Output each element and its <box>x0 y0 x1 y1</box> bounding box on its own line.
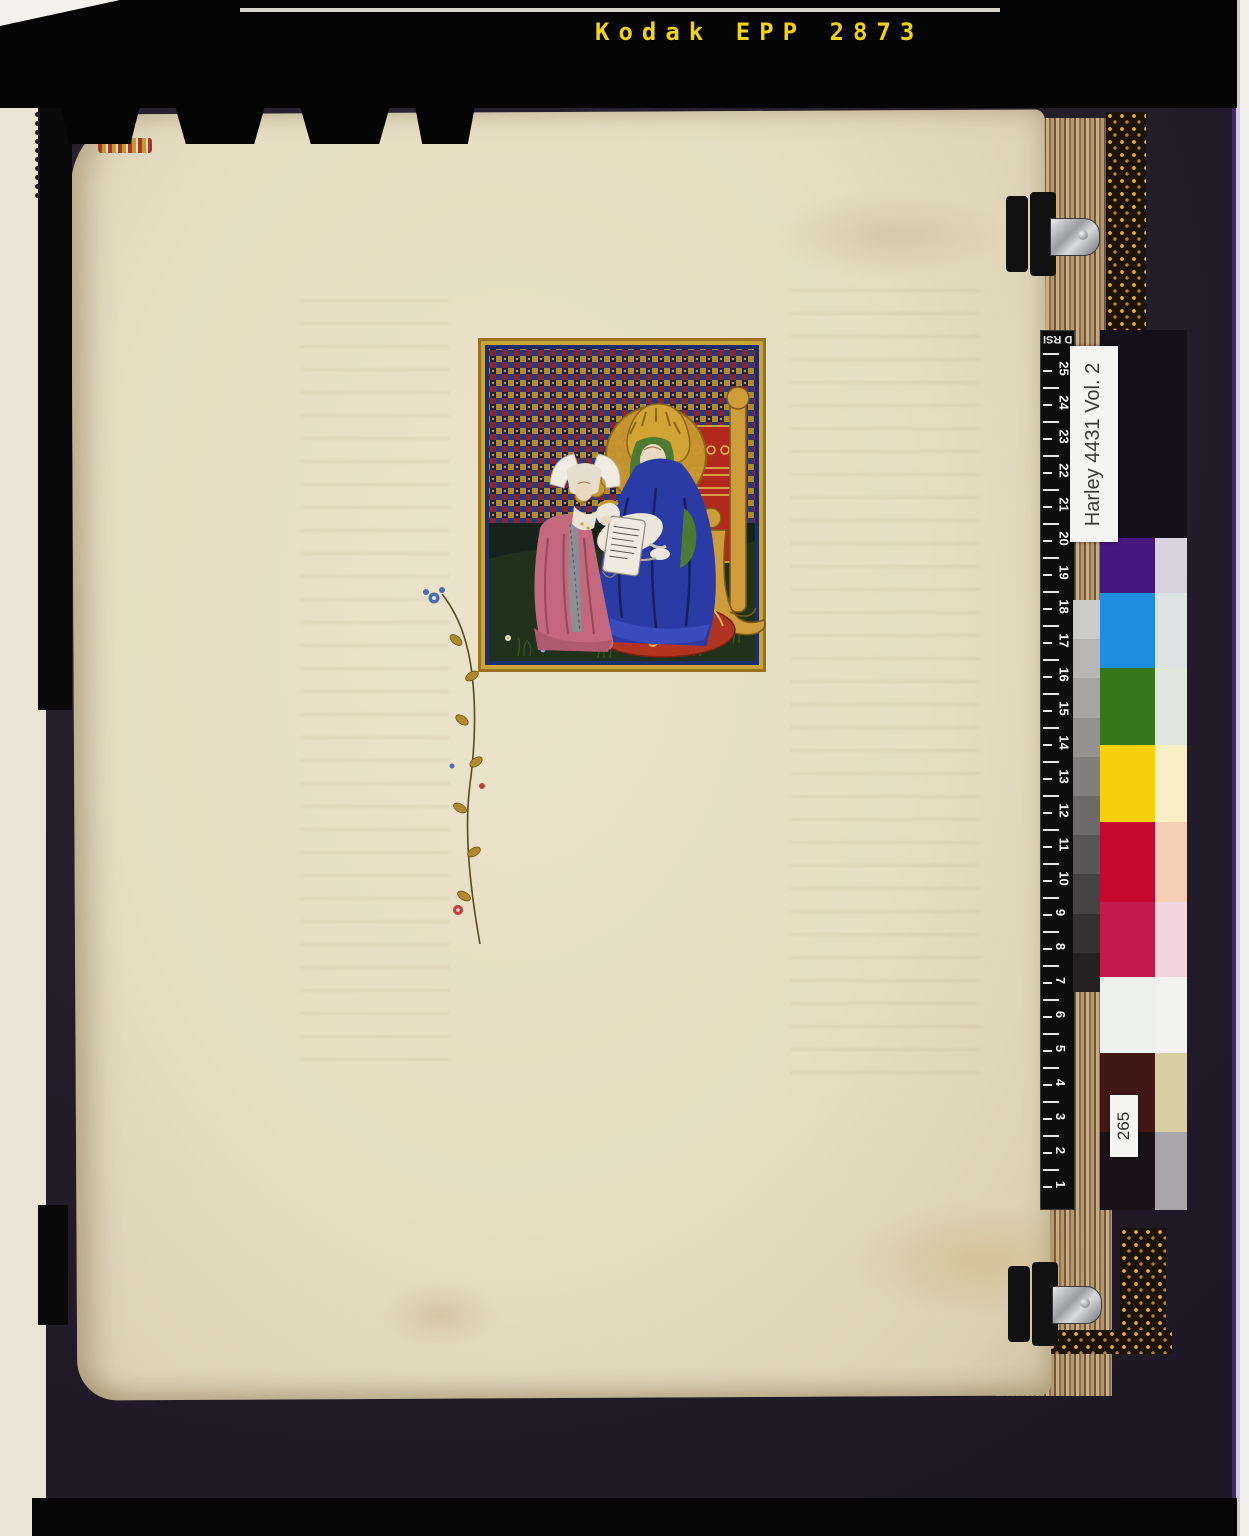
ruler-tick <box>1043 727 1059 729</box>
miniature-virgin-and-child-with-christine <box>478 338 766 672</box>
ruler-tick <box>1043 761 1059 763</box>
patch-saturated <box>1100 538 1155 593</box>
ruler-tick-minor <box>1043 710 1052 712</box>
ruler-tick-minor <box>1043 914 1052 916</box>
patch-saturated <box>1100 593 1155 668</box>
ruler-tick-minor <box>1043 404 1052 406</box>
ruler-tick-minor <box>1043 1084 1052 1086</box>
ruler-number: 15 <box>1057 701 1072 715</box>
grayscale-step <box>1073 639 1100 678</box>
film-top-highlight <box>240 8 1000 12</box>
patch-tint <box>1155 593 1187 668</box>
ruler-tick-minor <box>1043 1016 1052 1018</box>
ruler-tick-minor <box>1043 982 1052 984</box>
ruler-tick-minor <box>1043 676 1052 678</box>
patch-saturated <box>1100 745 1155 822</box>
ruler-tick <box>1043 693 1059 695</box>
ruler-tick-minor <box>1043 744 1052 746</box>
ruler-tick-minor <box>1043 1186 1052 1188</box>
film-notch <box>175 106 265 144</box>
grayscale-strip <box>1073 600 1100 992</box>
ruler-number: 4 <box>1053 1079 1068 1086</box>
ruler-tick <box>1043 897 1059 899</box>
patch-tint <box>1155 668 1187 745</box>
grayscale-step <box>1073 678 1100 717</box>
ruler-tick <box>1043 1033 1059 1035</box>
gilt-binding-edge-top <box>1106 112 1146 362</box>
patch-tint <box>1155 977 1187 1053</box>
film-notch <box>300 106 390 144</box>
sewing-holes <box>30 108 44 203</box>
ruler-tick <box>1043 489 1059 491</box>
ruler-edge-text: D RSI <box>1043 333 1072 345</box>
film-edge-top <box>0 0 1237 108</box>
ruler-number: 13 <box>1057 769 1072 783</box>
ruler-tick-minor <box>1043 438 1052 440</box>
ruler-tick <box>1043 659 1059 661</box>
ruler-number: 16 <box>1057 667 1072 681</box>
ruler-tick-minor <box>1043 540 1052 542</box>
ruler-tick-minor <box>1043 1118 1052 1120</box>
color-patch-magenta <box>1100 902 1187 977</box>
film-edge-bottom <box>32 1498 1237 1536</box>
ruler-tick <box>1043 625 1059 627</box>
folio-sticker: 265 <box>1110 1095 1138 1157</box>
patch-saturated <box>1100 822 1155 902</box>
patch-saturated <box>1100 902 1155 977</box>
ruler-number: 5 <box>1053 1045 1068 1052</box>
film-notch <box>60 106 140 144</box>
patch-tint <box>1155 902 1187 977</box>
grayscale-step <box>1073 835 1100 874</box>
ruler-tick <box>1043 557 1059 559</box>
film-notch <box>415 106 475 144</box>
ruler-tick-minor <box>1043 880 1052 882</box>
ruler-tick <box>1043 965 1059 967</box>
color-patch-blue <box>1100 593 1187 668</box>
patch-tint <box>1155 538 1187 593</box>
ruler-number: 12 <box>1057 803 1072 817</box>
marginal-foliate-spray <box>412 580 492 950</box>
scan-margin-left <box>0 0 40 1536</box>
ruler-number: 19 <box>1057 565 1072 579</box>
digitized-manuscript-photo: Kodak EPP 2873 que xpinedonnea son filzx… <box>0 0 1249 1536</box>
ruler-tick-minor <box>1043 812 1052 814</box>
ruler-number: 1 <box>1053 1181 1068 1188</box>
ruler-tick <box>1043 455 1059 457</box>
grayscale-step <box>1073 757 1100 796</box>
ruler-tick <box>1043 421 1059 423</box>
manuscript-page <box>71 109 1052 1400</box>
ruler-number: 7 <box>1053 977 1068 984</box>
ruler-tick-minor <box>1043 574 1052 576</box>
patch-tint <box>1155 745 1187 822</box>
ruler-tick-minor <box>1043 778 1052 780</box>
ruler-tick <box>1043 523 1059 525</box>
grayscale-step <box>1073 953 1100 992</box>
patch-saturated <box>1100 977 1155 1053</box>
ruler-number: 8 <box>1053 943 1068 950</box>
ruler-tick <box>1043 591 1059 593</box>
ruler-number: 10 <box>1057 871 1072 885</box>
ruler-number: 17 <box>1057 633 1072 647</box>
ruler-tick-minor <box>1043 608 1052 610</box>
ruler-tick-minor <box>1043 1152 1052 1154</box>
ruler-tick <box>1043 1169 1059 1171</box>
ruler-tick <box>1043 1067 1059 1069</box>
patch-tint <box>1155 1132 1187 1210</box>
binder-clip-bottom <box>1008 1262 1104 1346</box>
ruler-tick-minor <box>1043 1050 1052 1052</box>
ruler-tick <box>1043 795 1059 797</box>
ruler-tick-minor <box>1043 472 1052 474</box>
binder-clip-top <box>1006 192 1102 276</box>
ruler-number: 9 <box>1053 909 1068 916</box>
ruler-number: 14 <box>1057 735 1072 749</box>
grayscale-step <box>1073 914 1100 953</box>
color-patch-yellow <box>1100 745 1187 822</box>
scan-corner-wedge <box>0 0 120 26</box>
ruler-number: 6 <box>1053 1011 1068 1018</box>
shelfmark-label: Harley 4431 Vol. 2 <box>1070 346 1118 542</box>
ruler-tick <box>1043 931 1059 933</box>
color-patch-purple <box>1100 538 1187 593</box>
ruler-tick-minor <box>1043 642 1052 644</box>
ruler-tick <box>1043 999 1059 1001</box>
ruler-tick-minor <box>1043 948 1052 950</box>
ruler-tick <box>1043 353 1059 355</box>
grayscale-step <box>1073 600 1100 639</box>
ruler-tick-minor <box>1043 506 1052 508</box>
grayscale-step <box>1073 718 1100 757</box>
ruler-number: 2 <box>1053 1147 1068 1154</box>
patch-tint <box>1155 822 1187 902</box>
ruler-number: 11 <box>1056 838 1071 852</box>
ruler-number: 3 <box>1053 1113 1068 1120</box>
color-patch-white <box>1100 977 1187 1053</box>
patch-tint <box>1155 1053 1187 1132</box>
ruler-tick <box>1043 1101 1059 1103</box>
kodak-color-separation-guide: D RSI 2524232221201918171615141312111098… <box>1040 330 1190 1210</box>
ruler-number: 18 <box>1057 599 1072 613</box>
patch-saturated <box>1100 668 1155 745</box>
ruler-tick-minor <box>1043 846 1052 848</box>
scan-margin-right <box>1232 0 1249 1536</box>
film-edge-left-lower <box>38 1205 68 1325</box>
ruler-tick <box>1043 1135 1059 1137</box>
ruler-tick <box>1043 387 1059 389</box>
film-brand-label: Kodak EPP 2873 <box>595 18 923 46</box>
color-patch-green <box>1100 668 1187 745</box>
ruler-tick <box>1043 829 1059 831</box>
grayscale-step <box>1073 796 1100 835</box>
ruler-tick-minor <box>1043 370 1052 372</box>
color-patch-red <box>1100 822 1187 902</box>
grayscale-step <box>1073 874 1100 913</box>
ruler-tick <box>1043 863 1059 865</box>
